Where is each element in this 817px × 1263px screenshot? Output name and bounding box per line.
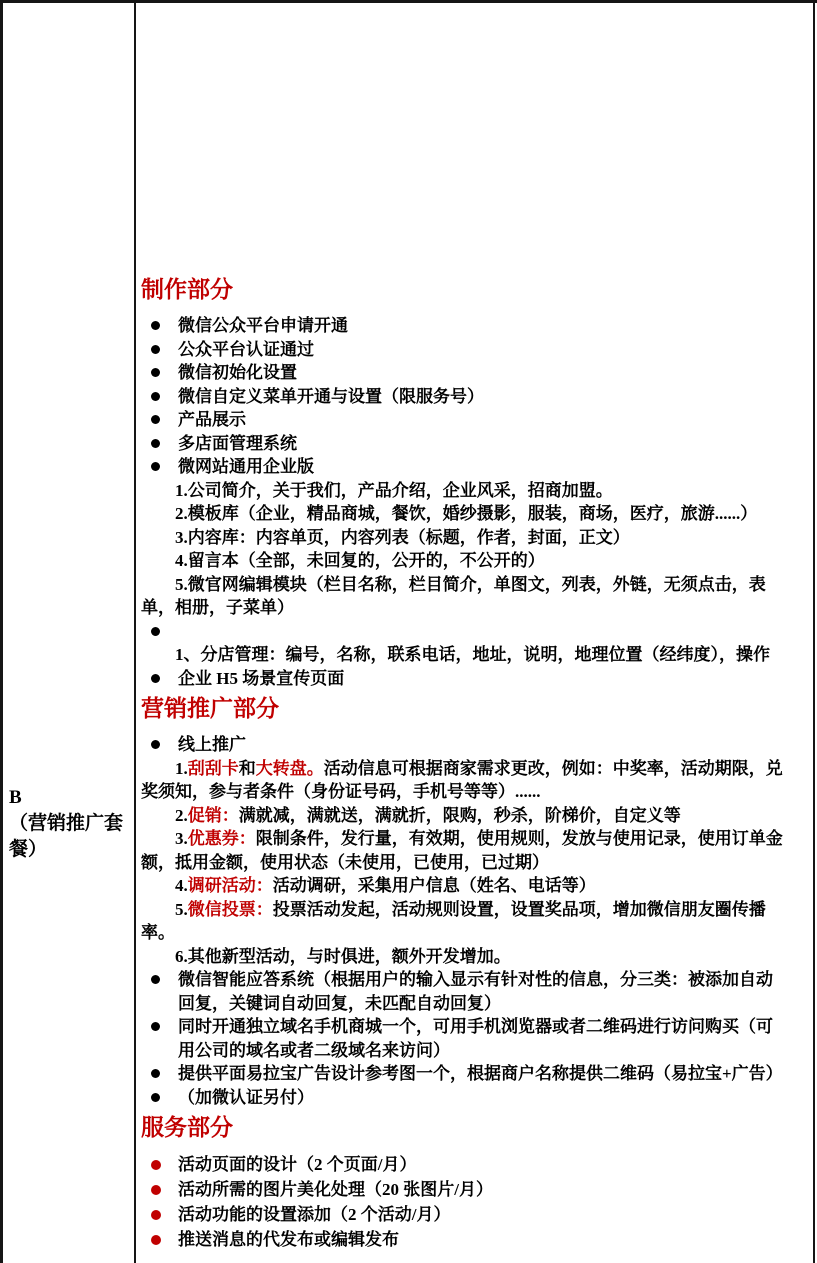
- sub-item-coupon: 3.优惠券：限制条件，发行量，有效期，使用规则，发放与使用记录，使用订单金额，抵…: [141, 827, 783, 874]
- list-item: 企业 H5 场景宣传页面: [141, 667, 783, 691]
- list-item-text: 活动所需的图片美化处理（20 张图片/月）: [178, 1180, 493, 1199]
- highlight-text: 优惠券：: [188, 829, 256, 848]
- bullet-icon: [151, 740, 160, 749]
- highlight-text: 微信投票：: [188, 900, 273, 919]
- bullet-icon: [151, 345, 160, 354]
- list-item-text: 多店面管理系统: [178, 434, 297, 453]
- sub-item-other: 6.其他新型活动，与时俱进，额外开发增加。: [141, 945, 783, 969]
- item-number: 3.: [175, 829, 188, 848]
- sub-item: 2.模板库（企业，精品商城，餐饮，婚纱摄影，服装，商场，医疗，旅游......）: [141, 502, 783, 526]
- sub-item: 1.公司简介，关于我们，产品介绍，企业风采，招商加盟。: [141, 479, 783, 503]
- list-item-text: 企业 H5 场景宣传页面: [178, 669, 344, 688]
- bullet-icon: [151, 392, 160, 401]
- item-number: 5.: [175, 900, 188, 919]
- list-item-text: 微信公众平台申请开通: [178, 316, 348, 335]
- bullet-icon: [151, 321, 160, 330]
- highlight-text: 大转盘。: [256, 759, 324, 778]
- bullet-icon: [151, 1210, 161, 1220]
- list-item: 推送消息的代发布或编辑发布: [141, 1227, 783, 1252]
- sub-item-survey: 4.调研活动：活动调研，采集用户信息（姓名、电话等）: [141, 874, 783, 898]
- bullet-icon: [151, 462, 160, 471]
- bullet-icon: [151, 1235, 161, 1245]
- item-number: 1.: [175, 759, 188, 778]
- section-heading-marketing: 营销推广部分: [141, 694, 783, 724]
- bullet-icon: [151, 1069, 160, 1078]
- bullet-icon: [151, 1022, 160, 1031]
- list-item-text: 微信初始化设置: [178, 363, 297, 382]
- sub-item: 5.微官网编辑模块（栏目名称，栏目简介，单图文，列表，外链，无须点击，表单，相册…: [141, 573, 783, 620]
- list-item: 公众平台认证通过: [141, 338, 783, 362]
- highlight-text: 促销：: [188, 806, 239, 825]
- bullet-icon: [151, 1160, 161, 1170]
- list-item: 活动页面的设计（2 个页面/月）: [141, 1152, 783, 1177]
- package-label: B （营销推广套餐）: [9, 785, 130, 863]
- list-item: 活动功能的设置添加（2 个活动/月）: [141, 1202, 783, 1227]
- sub-item-text: 满就减，满就送，满就折，限购，秒杀，阶梯价，自定义等: [239, 806, 681, 825]
- sub-item: 3.内容库：内容单页，内容列表（标题，作者，封面，正文）: [141, 526, 783, 550]
- list-item-text: 活动功能的设置添加（2 个活动/月）: [178, 1205, 450, 1224]
- section-heading-service: 服务部分: [141, 1113, 783, 1143]
- highlight-text: 调研活动：: [188, 876, 273, 895]
- list-item-text: 推送消息的代发布或编辑发布: [178, 1230, 399, 1249]
- package-details-cell: 制作部分 微信公众平台申请开通 公众平台认证通过 微信初始化设置 微信自定义菜单…: [138, 3, 815, 1263]
- list-item-text: 公众平台认证通过: [178, 340, 314, 359]
- sub-item: 4.留言本（全部，未回复的，公开的，不公开的）: [141, 549, 783, 573]
- list-item: 活动所需的图片美化处理（20 张图片/月）: [141, 1177, 783, 1202]
- list-item: 微信公众平台申请开通: [141, 314, 783, 338]
- list-item-text: 同时开通独立域名手机商城一个，可用手机浏览器或者二维码进行访问购买（可用公司的域…: [178, 1017, 773, 1060]
- bullet-icon: [151, 674, 160, 683]
- list-item-text: 微网站通用企业版: [178, 457, 314, 476]
- sub-item-scratch-card: 1.刮刮卡和大转盘。活动信息可根据商家需求更改，例如：中奖率，活动期限，兑奖须知…: [141, 757, 783, 804]
- list-item: 产品展示: [141, 408, 783, 432]
- list-item-text: 产品展示: [178, 410, 246, 429]
- list-item-text: 微信智能应答系统（根据用户的输入显示有针对性的信息，分三类：被添加自动回复，关键…: [178, 970, 773, 1013]
- list-item: 微信初始化设置: [141, 361, 783, 385]
- sub-item-vote: 5.微信投票：投票活动发起，活动规则设置，设置奖品项，增加微信朋友圈传播率。: [141, 898, 783, 945]
- item-number: 4.: [175, 876, 188, 895]
- list-item: （加微认证另付）: [141, 1086, 783, 1110]
- list-item: 提供平面易拉宝广告设计参考图一个，根据商户名称提供二维码（易拉宝+广告）: [141, 1062, 783, 1086]
- list-item: 微网站通用企业版: [141, 455, 783, 479]
- bullet-icon: [151, 415, 160, 424]
- list-item: 微信智能应答系统（根据用户的输入显示有针对性的信息，分三类：被添加自动回复，关键…: [141, 968, 783, 1015]
- service-list: 活动页面的设计（2 个页面/月） 活动所需的图片美化处理（20 张图片/月） 活…: [141, 1152, 783, 1252]
- list-item-empty: [141, 620, 783, 644]
- list-item: 同时开通独立域名手机商城一个，可用手机浏览器或者二维码进行访问购买（可用公司的域…: [141, 1015, 783, 1062]
- item-number: 2.: [175, 806, 188, 825]
- package-name: （营销推广套餐）: [9, 811, 130, 863]
- bullet-icon: [151, 1185, 161, 1195]
- sub-item-text: 和: [239, 759, 256, 778]
- list-item: 多店面管理系统: [141, 432, 783, 456]
- list-item: 微信自定义菜单开通与设置（限服务号）: [141, 385, 783, 409]
- list-item-text: 微信自定义菜单开通与设置（限服务号）: [178, 387, 484, 406]
- document-page: B （营销推广套餐） 制作部分 微信公众平台申请开通 公众平台认证通过 微信初始…: [0, 0, 817, 1263]
- bullet-icon: [151, 627, 160, 636]
- list-item-text: 线上推广: [178, 735, 246, 754]
- list-item: 线上推广: [141, 733, 783, 757]
- section-heading-production: 制作部分: [141, 275, 783, 305]
- sub-item-branch: 1、分店管理：编号，名称，联系电话，地址，说明，地理位置（经纬度），操作: [141, 643, 783, 667]
- highlight-text: 刮刮卡: [188, 759, 239, 778]
- bullet-icon: [151, 439, 160, 448]
- bullet-icon: [151, 1093, 160, 1102]
- package-letter: B: [9, 785, 130, 811]
- sub-item-text: 活动调研，采集用户信息（姓名、电话等）: [273, 876, 596, 895]
- sub-item-promotion: 2.促销：满就减，满就送，满就折，限购，秒杀，阶梯价，自定义等: [141, 804, 783, 828]
- bullet-icon: [151, 368, 160, 377]
- package-label-cell: B （营销推广套餐）: [3, 3, 136, 1263]
- list-item-text: 提供平面易拉宝广告设计参考图一个，根据商户名称提供二维码（易拉宝+广告）: [178, 1064, 783, 1083]
- list-item-text: 活动页面的设计（2 个页面/月）: [178, 1155, 416, 1174]
- list-item-text: （加微认证另付）: [178, 1088, 314, 1107]
- bullet-icon: [151, 975, 160, 984]
